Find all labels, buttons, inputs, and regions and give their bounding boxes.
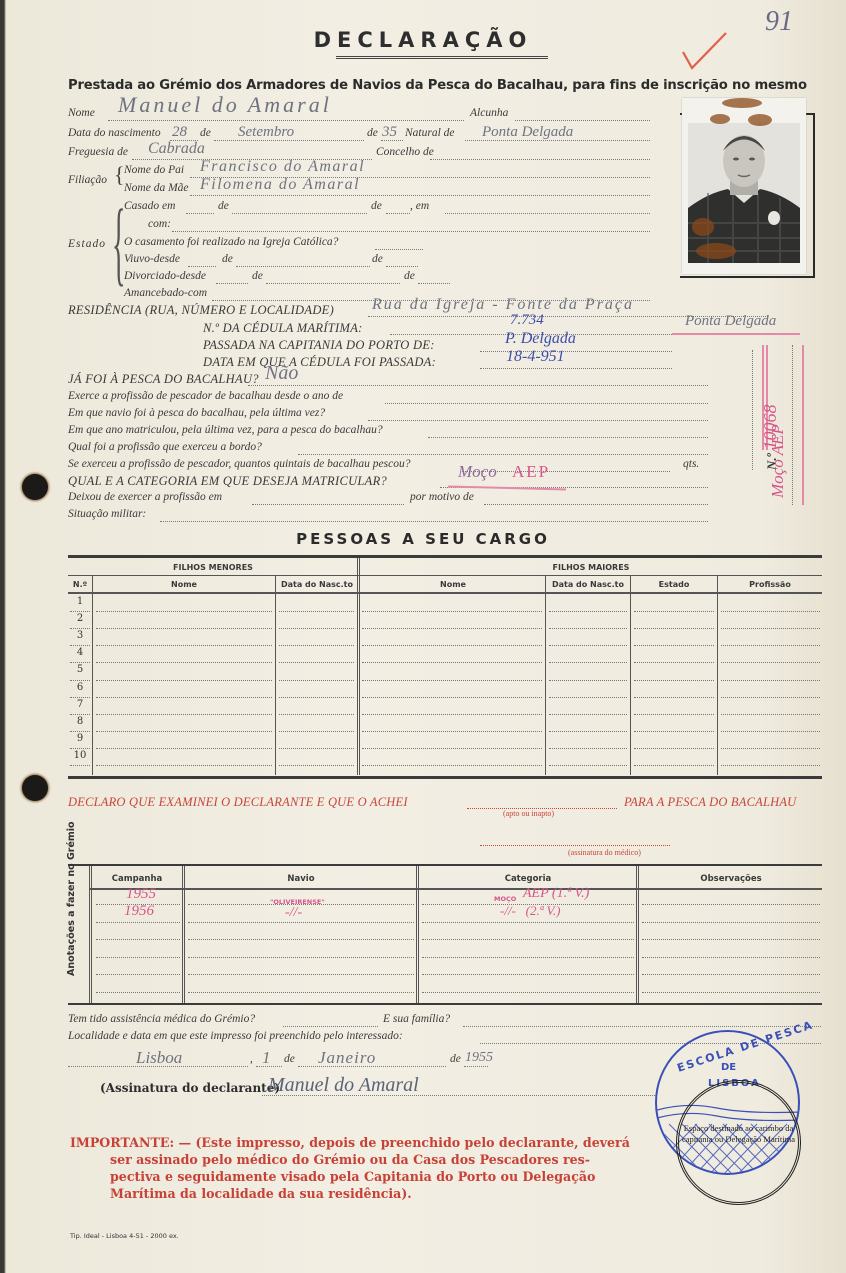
table-cell-field[interactable] (721, 697, 820, 698)
field-com[interactable] (172, 231, 650, 232)
value-ano: 1955 (465, 1050, 493, 1066)
label-capitania: PASSADA NA CAPITANIA DO PORTO DE: (203, 338, 435, 353)
field-profissao-bordo[interactable] (298, 454, 708, 455)
applicant-photo (682, 98, 806, 274)
label-freguesia: Freguesia de (68, 146, 128, 158)
annotation-cell-field[interactable] (422, 992, 634, 993)
label-viuvo-de-1: de (222, 253, 233, 265)
value-ano-nascimento: 35 (382, 124, 397, 141)
side-annotation-category: Moço AEP (768, 424, 788, 498)
label-de-2: de (367, 127, 378, 139)
row2-categoria: -//- (2.ª V.) (500, 903, 560, 919)
label-ultimo-ano: Em que ano matriculou, pela última vez, … (68, 424, 383, 436)
label-ja-foi: JÁ FOI À PESCA DO BACALHAU? (68, 372, 259, 387)
table-cell-field[interactable] (634, 748, 714, 749)
annotation-cell-field[interactable] (422, 922, 634, 923)
row-number-line (70, 662, 90, 663)
annotation-cell-field[interactable] (422, 939, 634, 940)
document-page: DECLARAÇÃO 91 Prestada ao Grémio dos Arm… (0, 0, 846, 1273)
col-data-maior: Data do Nasc.to (546, 580, 630, 589)
label-igreja: O casamento foi realizado na Igreja Cató… (124, 236, 338, 248)
label-casado-de-1: de (218, 200, 229, 212)
important-line-4: Marítima da localidade da sua residência… (70, 1185, 652, 1202)
table-cell-field[interactable] (721, 645, 820, 646)
col-profissao: Profissão (718, 580, 822, 589)
table-cell-field[interactable] (96, 680, 272, 681)
table-cell-field[interactable] (96, 645, 272, 646)
table-cell-field[interactable] (721, 628, 820, 629)
value-assinatura-declarante: Manuel do Amaral (268, 1074, 419, 1097)
annot-header-rule (90, 888, 822, 890)
table-cell-field[interactable] (721, 611, 820, 612)
value-capitania: P. Delgada (505, 330, 576, 348)
table-cell-field[interactable] (362, 645, 542, 646)
field-viuvo-dia[interactable] (188, 266, 216, 267)
label-nome: Nome (68, 107, 95, 119)
photo-image (688, 123, 800, 263)
stamp-line-2: DE (721, 1062, 736, 1073)
annotation-cell-field[interactable] (188, 992, 414, 993)
annotation-cell-field[interactable] (422, 957, 634, 958)
medical-declaration: DECLARO QUE EXAMINEI O DECLARANTE E QUE … (68, 795, 408, 810)
label-viuvo: Viuvo-desde (124, 253, 180, 265)
comma: , (250, 1053, 253, 1065)
annotation-cell-field[interactable] (96, 939, 180, 940)
value-freguesia: Cabrada (148, 140, 205, 158)
label-por-motivo: por motivo de (410, 491, 474, 503)
annotations-side-label: Anotações a fazer no Grémio (66, 821, 77, 976)
header-filhos-maiores: FILHOS MAIORES (360, 563, 822, 572)
annotation-cell-field[interactable] (96, 992, 180, 993)
label-divorciado-de-1: de (252, 270, 263, 282)
annotation-cell-field[interactable] (188, 957, 414, 958)
table-cell-field[interactable] (362, 748, 542, 749)
field-por-motivo[interactable] (484, 504, 708, 505)
label-closing-de-1: de (284, 1053, 295, 1065)
label-casado-em-local: , em (410, 200, 429, 212)
row-number-line (70, 714, 90, 715)
side-dotted-line (752, 350, 753, 470)
table-cell-field[interactable] (362, 662, 542, 663)
table-cell-field[interactable] (279, 680, 354, 681)
label-com: com: (148, 218, 171, 230)
header-filhos-menores: FILHOS MENORES (68, 563, 358, 572)
table-cell-field[interactable] (634, 662, 714, 663)
table-cell-field[interactable] (362, 765, 542, 766)
annot-col-1 (182, 866, 185, 1004)
col-nome-maior: Nome (361, 580, 545, 589)
row-number: 5 (70, 664, 90, 675)
table-cell-field[interactable] (721, 765, 820, 766)
row-number-line (70, 697, 90, 698)
col-campanha: Campanha (92, 874, 182, 884)
value-residencia-2: Ponta Delgada (685, 313, 776, 330)
table-cell-field[interactable] (549, 714, 627, 715)
hint-apto: (apto ou inapto) (503, 809, 554, 818)
row-number: 8 (70, 716, 90, 727)
col-categoria: Categoria (420, 874, 636, 884)
annotation-cell-field[interactable] (96, 922, 180, 923)
row-number: 1 (70, 596, 90, 607)
title-underline (336, 56, 548, 59)
table-cell-field[interactable] (96, 748, 272, 749)
annotation-cell-field[interactable] (642, 974, 820, 975)
table-bottom-rule (68, 776, 822, 779)
annotation-cell-field[interactable] (422, 974, 634, 975)
label-nome-mae: Nome da Mãe (124, 182, 189, 194)
side-pink-line-3 (802, 345, 804, 505)
section-title-dependents: PESSOAS A SEU CARGO (0, 530, 846, 548)
col-divider-4 (630, 575, 631, 775)
label-alcunha: Alcunha (470, 107, 508, 119)
hint-assinatura-medico: (assinatura do médico) (568, 848, 641, 857)
annotation-cell-field[interactable] (642, 922, 820, 923)
binder-hole-bottom (22, 775, 48, 801)
table-cell-field[interactable] (96, 611, 272, 612)
row-number: 7 (70, 699, 90, 710)
row-number-line (70, 748, 90, 749)
label-amancebado: Amancebado-com (124, 287, 207, 299)
row-number-line (70, 645, 90, 646)
table-cell-field[interactable] (549, 697, 627, 698)
field-viuvo-mes[interactable] (236, 266, 370, 267)
field-casado-ano[interactable] (386, 213, 410, 214)
col-divider-main (357, 558, 360, 775)
row1-categoria-stamp: MOÇO (494, 895, 516, 903)
label-ultimo-navio: Em que navio foi à pesca do bacalhau, pe… (68, 407, 325, 419)
annotation-cell-field[interactable] (642, 939, 820, 940)
label-divorciado-de-2: de (404, 270, 415, 282)
value-residencia-1: Rua da Igreja - Fonte da Praça (372, 296, 634, 314)
table-cell-field[interactable] (549, 645, 627, 646)
value-nome-mae: Filomena do Amaral (200, 176, 360, 194)
table-cell-field[interactable] (279, 748, 354, 749)
header-rule-1 (68, 575, 822, 576)
label-nome-pai: Nome do Pai (124, 164, 184, 176)
table-cell-field[interactable] (362, 680, 542, 681)
label-divorciado: Divorciado-desde (124, 270, 206, 282)
important-notice: IMPORTANTE: — (Este impresso, depois de … (70, 1134, 652, 1202)
annotation-cell-field[interactable] (96, 974, 180, 975)
table-cell-field[interactable] (362, 697, 542, 698)
col-data-menor: Data do Nasc.to (276, 580, 358, 589)
row-number-line (70, 765, 90, 766)
important-line-3: pectiva e seguidamente visado pela Capit… (70, 1168, 652, 1185)
row1-categoria: AEP (1.ª V.) (523, 886, 589, 902)
value-dia: 1 (262, 1048, 271, 1068)
field-militar[interactable] (160, 521, 708, 522)
table-cell-field[interactable] (279, 611, 354, 612)
value-categoria: Moço (458, 462, 497, 482)
table-cell-field[interactable] (549, 731, 627, 732)
value-mes: Janeiro (318, 1048, 376, 1068)
value-nome: Manuel do Amaral (118, 92, 332, 118)
table-cell-field[interactable] (634, 765, 714, 766)
row1-campanha: 1955 (126, 886, 156, 903)
table-cell-field[interactable] (634, 714, 714, 715)
table-cell-field[interactable] (549, 765, 627, 766)
table-cell-field[interactable] (721, 731, 820, 732)
table-cell-field[interactable] (279, 714, 354, 715)
annotation-cell-field[interactable] (188, 939, 414, 940)
annot-col-2 (416, 866, 419, 1004)
table-cell-field[interactable] (721, 748, 820, 749)
table-cell-field[interactable] (634, 645, 714, 646)
row2-navio: -//- (285, 905, 302, 921)
col-numero: N.º (68, 580, 92, 589)
page-number-annotation: 91 (765, 6, 793, 38)
table-cell-field[interactable] (279, 628, 354, 629)
label-quintais: Se exerceu a profissão de pescador, quan… (68, 458, 411, 470)
annotation-cell-field[interactable] (642, 992, 820, 993)
field-data-cedula[interactable] (480, 368, 672, 369)
table-cell-field[interactable] (96, 628, 272, 629)
label-cedula: N.º DA CÉDULA MARÍTIMA: (203, 321, 363, 336)
label-closing-de-2: de (450, 1053, 461, 1065)
table-cell-field[interactable] (721, 662, 820, 663)
table-cell-field[interactable] (362, 731, 542, 732)
annotation-cell-field[interactable] (188, 974, 414, 975)
table-cell-field[interactable] (549, 662, 627, 663)
table-cell-field[interactable] (549, 611, 627, 612)
field-divorciado-dia[interactable] (216, 283, 248, 284)
table-cell-field[interactable] (634, 680, 714, 681)
important-line-2: ser assinado pelo médico do Grémio ou da… (70, 1151, 652, 1168)
annot-col-side (89, 866, 92, 1004)
field-casado-dia[interactable] (186, 213, 214, 214)
label-casado-de-2: de (371, 200, 382, 212)
label-estado: Estado (68, 238, 106, 250)
row-number: 3 (70, 630, 90, 641)
printer-footer: Tip. Ideal - Lisboa 4-51 - 2000 ex. (70, 1232, 179, 1240)
table-cell-field[interactable] (634, 611, 714, 612)
value-local: Lisboa (136, 1048, 182, 1068)
value-categoria-aep: AEP (512, 462, 550, 482)
annotation-cell-field[interactable] (642, 957, 820, 958)
table-cell-field[interactable] (549, 680, 627, 681)
field-viuvo-ano[interactable] (386, 266, 418, 267)
annot-col-3 (636, 866, 639, 1004)
table-cell-field[interactable] (279, 765, 354, 766)
field-divorciado-ano[interactable] (418, 283, 450, 284)
row-number: 6 (70, 682, 90, 693)
row-number-line (70, 611, 90, 612)
row-number: 4 (70, 647, 90, 658)
table-cell-field[interactable] (634, 628, 714, 629)
value-mes-nascimento: Setembro (238, 124, 294, 141)
row-number: 10 (70, 750, 90, 761)
medical-para-pesca: PARA A PESCA DO BACALHAU (624, 795, 796, 810)
label-viuvo-de-2: de (372, 253, 383, 265)
field-divorciado-mes[interactable] (266, 283, 400, 284)
field-ultimo-ano[interactable] (428, 437, 708, 438)
col-nome-menor: Nome (94, 580, 274, 589)
field-ja-foi[interactable] (248, 385, 708, 386)
table-cell-field[interactable] (96, 765, 272, 766)
field-deixou[interactable] (252, 504, 404, 505)
page-subtitle: Prestada ao Grémio dos Armadores de Navi… (68, 78, 828, 93)
label-deixou: Deixou de exercer a profissão em (68, 491, 222, 503)
label-assinatura-declarante: (Assinatura do declarante) (100, 1081, 280, 1095)
header-rule-2 (68, 592, 822, 594)
table-cell-field[interactable] (721, 714, 820, 715)
row-number: 9 (70, 733, 90, 744)
table-cell-field[interactable] (549, 748, 627, 749)
table-cell-field[interactable] (279, 645, 354, 646)
value-data-cedula: 18-4-951 (506, 348, 565, 366)
label-qts: qts. (683, 458, 699, 470)
col-divider-3 (545, 575, 546, 775)
label-desde-ano: Exerce a profissão de pescador de bacalh… (68, 390, 343, 402)
value-nome-pai: Francisco do Amaral (200, 158, 365, 176)
field-ultimo-navio[interactable] (368, 420, 708, 421)
col-observacoes: Observações (640, 874, 822, 884)
important-line-1: IMPORTANTE: — (Este impresso, depois de … (70, 1134, 652, 1151)
annot-bottom-rule (68, 1003, 822, 1005)
table-cell-field[interactable] (96, 662, 272, 663)
col-divider-5 (717, 575, 718, 775)
field-alcunha[interactable] (515, 120, 650, 121)
row-number-line (70, 628, 90, 629)
row-number-line (70, 731, 90, 732)
value-ja-foi: Não (265, 362, 298, 385)
table-cell-field[interactable] (96, 697, 272, 698)
table-cell-field[interactable] (96, 731, 272, 732)
binder-hole-top (22, 474, 48, 500)
row-number-line (70, 680, 90, 681)
value-cedula: 7.734 (510, 312, 544, 329)
table-cell-field[interactable] (279, 697, 354, 698)
field-igreja[interactable] (375, 249, 423, 250)
field-assinatura-medico[interactable] (480, 845, 670, 846)
label-assistencia: Tem tido assistência médica do Grémio? (68, 1013, 255, 1025)
col-divider-2 (275, 575, 276, 775)
field-nome-mae[interactable] (190, 195, 650, 196)
field-desde-ano[interactable] (385, 403, 708, 404)
label-profissao-bordo: Qual foi a profissão que exerceu a bordo… (68, 441, 262, 453)
annotation-cell-field[interactable] (188, 922, 414, 923)
value-natural-de: Ponta Delgada (482, 124, 573, 141)
check-mark-icon (680, 30, 730, 72)
label-casado-em: Casado em (124, 200, 175, 212)
table-cell-field[interactable] (634, 731, 714, 732)
field-ano[interactable] (464, 1066, 488, 1067)
field-casado-mes[interactable] (232, 213, 367, 214)
row2-campanha: 1956 (124, 903, 154, 920)
label-filiacao: Filiação (68, 174, 107, 186)
table-cell-field[interactable] (549, 628, 627, 629)
value-dia-nascimento: 28 (172, 124, 187, 141)
label-de-1: de (200, 127, 211, 139)
field-nome[interactable] (108, 120, 464, 121)
field-casado-local[interactable] (445, 213, 650, 214)
side-dotted-line-2 (792, 345, 793, 505)
label-localidade-data: Localidade e data em que este impresso f… (68, 1030, 403, 1042)
table-cell-field[interactable] (96, 714, 272, 715)
table-cell-field[interactable] (362, 628, 542, 629)
annotation-cell-field[interactable] (642, 904, 820, 905)
table-cell-field[interactable] (279, 662, 354, 663)
label-data-nascimento: Data do nascimento (68, 127, 161, 139)
stamp-area-note: Espaço destinado ao carimbo da capitania… (676, 1123, 801, 1144)
annotation-cell-field[interactable] (96, 957, 180, 958)
label-natural-de: Natural de (405, 127, 455, 139)
label-familia: E sua família? (383, 1013, 450, 1025)
row-number: 2 (70, 613, 90, 624)
table-top-rule (68, 555, 822, 558)
field-concelho[interactable] (430, 159, 650, 160)
col-navio: Navio (186, 874, 416, 884)
label-concelho: Concelho de (376, 146, 434, 158)
field-familia[interactable] (463, 1026, 821, 1027)
brace-filiacao: { (114, 164, 125, 186)
table-cell-field[interactable] (279, 731, 354, 732)
label-data-cedula: DATA EM QUE A CÉDULA FOI PASSADA: (203, 355, 436, 370)
pink-underline (672, 333, 800, 335)
table-cell-field[interactable] (362, 714, 542, 715)
label-categoria: QUAL E A CATEGORIA EM QUE DESEJA MATRICU… (68, 474, 387, 489)
col-estado: Estado (631, 580, 717, 589)
table-cell-field[interactable] (721, 680, 820, 681)
label-militar: Situação militar: (68, 508, 146, 520)
col-divider-1 (92, 575, 93, 775)
field-assistencia[interactable] (283, 1026, 378, 1027)
table-cell-field[interactable] (634, 697, 714, 698)
table-cell-field[interactable] (362, 611, 542, 612)
label-residencia: RESIDÊNCIA (RUA, NÚMERO E LOCALIDADE) (68, 303, 334, 318)
